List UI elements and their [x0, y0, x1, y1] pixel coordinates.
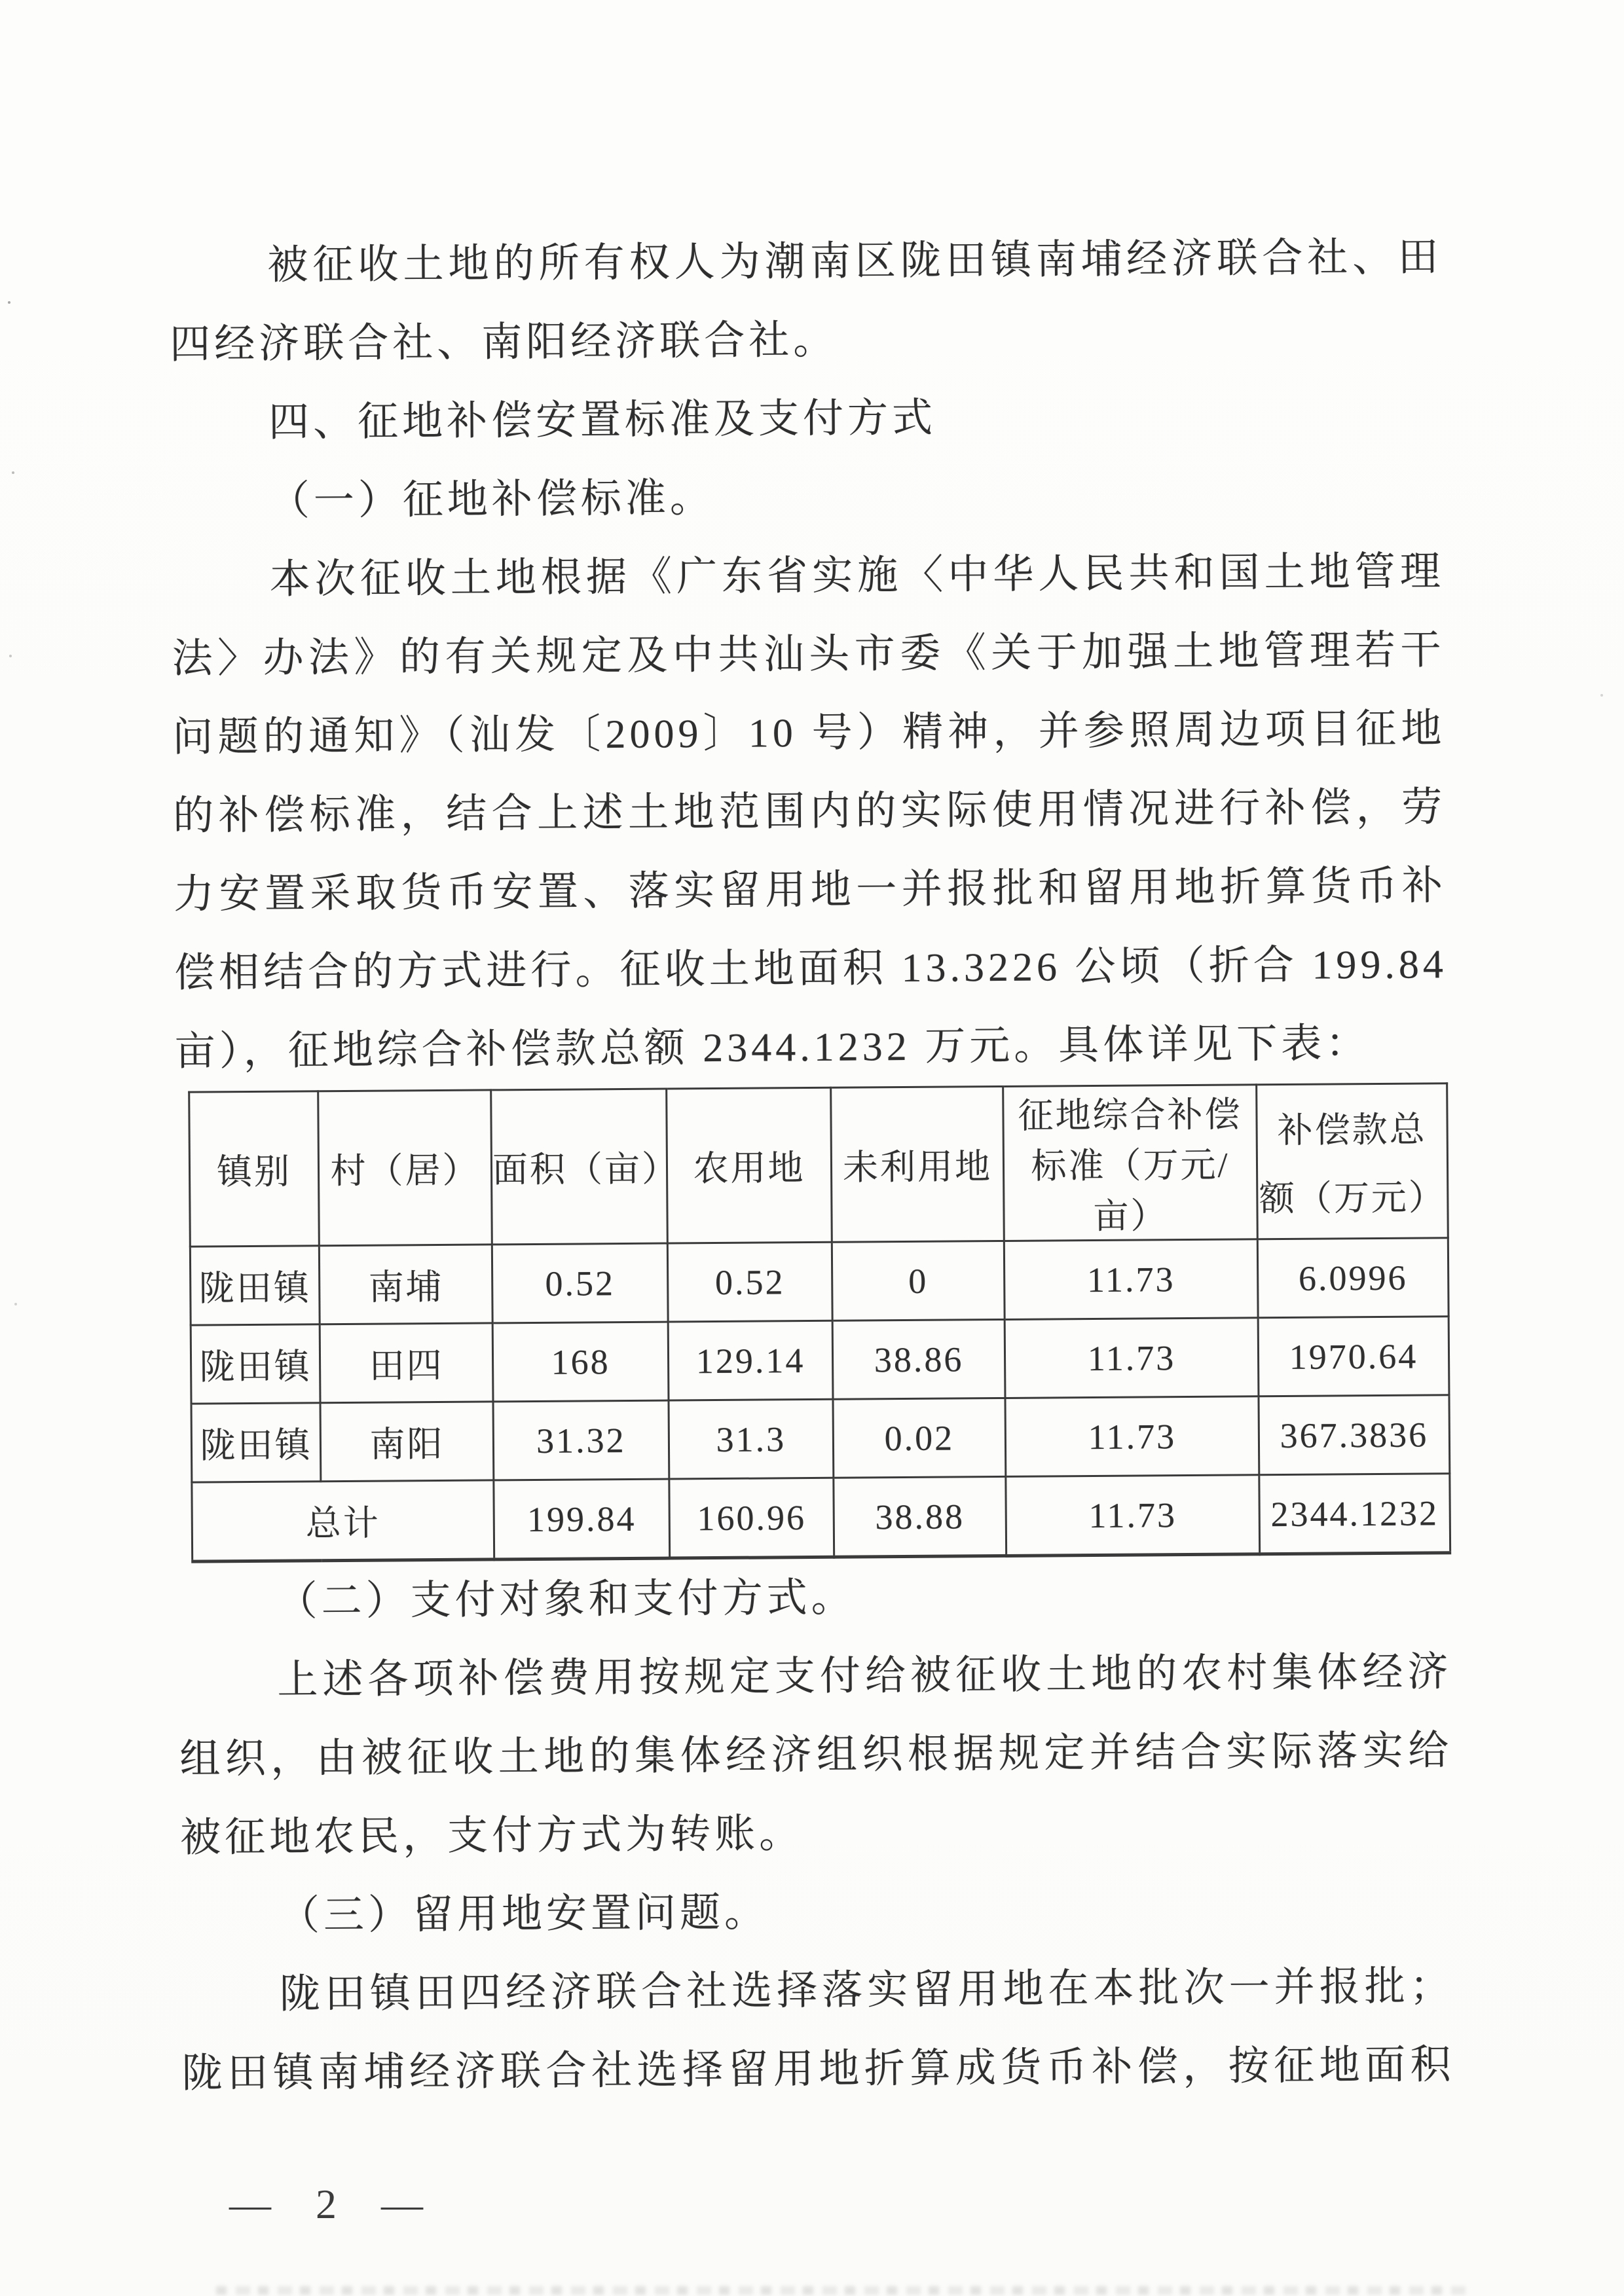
cell-village: 田四 — [320, 1323, 493, 1403]
cell-farmland: 129.14 — [668, 1321, 833, 1400]
table-row: 陇田镇 南阳 31.32 31.3 0.02 11.73 367.3836 — [191, 1395, 1450, 1482]
paragraph-2-line-3: 问题的通知》（汕发〔2009〕10 号）精神，并参照周边项目征地 — [172, 689, 1446, 777]
cell-unused: 0.02 — [833, 1398, 1006, 1478]
table-row: 陇田镇 田四 168 129.14 38.86 11.73 1970.64 — [191, 1317, 1449, 1404]
cell-town: 陇田镇 — [190, 1246, 320, 1325]
header-total-amount-line2: 额（万元） — [1258, 1169, 1447, 1221]
paragraph-2-line-6: 偿相结合的方式进行。征收土地面积 13.3226 公顷（折合 199.84 — [174, 925, 1448, 1013]
cell-total-rate: 11.73 — [1006, 1475, 1260, 1556]
cell-total-amount: 2344.1232 — [1259, 1474, 1450, 1554]
section-heading-4: 四、征地补偿安置标准及支付方式 — [170, 375, 1444, 463]
header-unused-land: 未利用地 — [831, 1086, 1005, 1242]
cell-rate: 11.73 — [1005, 1318, 1259, 1398]
cell-total-unused: 38.88 — [834, 1476, 1006, 1557]
cell-amount: 367.3836 — [1259, 1395, 1450, 1475]
subsection-heading-2: （二）支付对象和支付方式。 — [178, 1554, 1452, 1642]
cell-village: 南阳 — [320, 1402, 494, 1482]
paragraph-1-line-2: 四经济联合社、南阳经济联合社。 — [170, 297, 1443, 384]
cell-total-area: 199.84 — [494, 1479, 670, 1559]
document-page: 被征收土地的所有权人为潮南区陇田镇南埔经济联合社、田 四经济联合社、南阳经济联合… — [0, 0, 1624, 2296]
cell-area: 0.52 — [492, 1243, 668, 1323]
table-row: 陇田镇 南埔 0.52 0.52 0 11.73 6.0996 — [190, 1238, 1449, 1325]
cell-rate: 11.73 — [1004, 1239, 1258, 1320]
paragraph-2-line-1: 本次征收土地根据《广东省实施〈中华人民共和国土地管理 — [171, 532, 1445, 620]
header-village: 村（居） — [318, 1090, 492, 1246]
paragraph-2-line-4: 的补偿标准，结合上述土地范围内的实际使用情况进行补偿，劳 — [173, 768, 1447, 856]
header-town: 镇别 — [189, 1091, 320, 1247]
cell-amount: 6.0996 — [1257, 1238, 1449, 1318]
paragraph-3-line-1: 上述各项补偿费用按规定支付给被征收土地的农村集体经济 — [179, 1633, 1452, 1721]
page-number: — 2 — — [229, 2180, 440, 2229]
subsection-heading-3: （三）留用地安置问题。 — [181, 1868, 1454, 1956]
cell-total-farmland: 160.96 — [669, 1478, 834, 1558]
paragraph-2-line-2: 法〉办法》的有关规定及中共汕头市委《关于加强土地管理若干 — [172, 611, 1445, 699]
cell-town: 陇田镇 — [191, 1403, 321, 1482]
header-total-amount-line1: 补偿款总 — [1257, 1102, 1447, 1154]
scan-speck-artifacts — [8, 301, 10, 304]
paragraph-4-line-2: 陇田镇南埔经济联合社选择留用地折算成货币补偿，按征地面积 — [181, 2026, 1455, 2113]
page-content: 被征收土地的所有权人为潮南区陇田镇南埔经济联合社、田 四经济联合社、南阳经济联合… — [169, 218, 1455, 2113]
cell-area: 168 — [492, 1322, 669, 1402]
header-compensation-rate-line2: 标准（万元/亩） — [1005, 1137, 1257, 1240]
paragraph-2-line-7: 亩），征地综合补偿款总额 2344.1232 万元。具体详见下表： — [174, 1004, 1448, 1091]
paragraph-1-line-1: 被征收土地的所有权人为潮南区陇田镇南埔经济联合社、田 — [169, 218, 1443, 306]
cell-rate: 11.73 — [1005, 1396, 1259, 1477]
cell-town: 陇田镇 — [191, 1324, 320, 1404]
cell-village: 南埔 — [319, 1245, 492, 1324]
table-total-row: 总计 199.84 160.96 38.88 11.73 2344.1232 — [192, 1474, 1450, 1561]
compensation-table: 镇别 村（居） 面积（亩） 农用地 未利用地 征地综合补偿 标准（万元/亩） 补… — [188, 1082, 1451, 1563]
cell-farmland: 31.3 — [669, 1399, 834, 1479]
bleed-through-artifact — [216, 2286, 1467, 2295]
cell-unused: 38.86 — [832, 1319, 1005, 1399]
header-area: 面积（亩） — [491, 1089, 668, 1245]
cell-farmland: 0.52 — [667, 1242, 832, 1322]
cell-amount: 1970.64 — [1258, 1317, 1449, 1396]
paragraph-2-line-5: 力安置采取货币安置、落实留用地一并报批和留用地折算货币补 — [174, 847, 1447, 934]
paragraph-3-line-3: 被征地农民，支付方式为转账。 — [180, 1790, 1454, 1878]
header-compensation-rate: 征地综合补偿 标准（万元/亩） — [1003, 1085, 1258, 1241]
cell-unused: 0 — [832, 1241, 1005, 1321]
cell-area: 31.32 — [493, 1400, 669, 1480]
cell-total-label: 总计 — [192, 1480, 494, 1561]
paragraph-3-line-2: 组织，由被征收土地的集体经济组织根据规定并结合实际落实给 — [179, 1711, 1453, 1799]
header-compensation-rate-line1: 征地综合补偿 — [1004, 1086, 1256, 1139]
header-total-amount: 补偿款总 额（万元） — [1257, 1084, 1449, 1239]
table-header-row: 镇别 村（居） 面积（亩） 农用地 未利用地 征地综合补偿 标准（万元/亩） 补… — [189, 1084, 1449, 1247]
paragraph-4-line-1: 陇田镇田四经济联合社选择落实留用地在本批次一并报批； — [181, 1947, 1454, 2035]
header-farmland: 农用地 — [667, 1087, 832, 1243]
subsection-heading-1: （一）征地补偿标准。 — [170, 454, 1444, 541]
